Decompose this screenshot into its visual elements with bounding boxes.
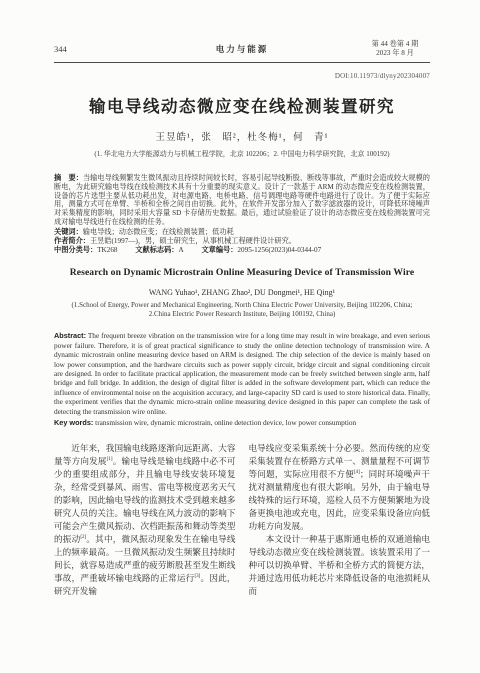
journal-name: 电力与能源 bbox=[124, 45, 360, 54]
issue-info: 第 44 卷第 4 期 2023 年 8 月 bbox=[360, 40, 430, 58]
body-paragraph: 电导线应变采集系统十分必要。然而传统的应变采集装置存在桥路方式单一、测量量程不可… bbox=[249, 442, 431, 533]
body-paragraph: 近年来，我国输电线路逐渐向远距离、大容量等方向发展[1]。输电导线是输电线路中必… bbox=[54, 442, 236, 598]
header-divider bbox=[54, 62, 430, 63]
keywords-label-en: Key words: bbox=[54, 418, 93, 427]
keywords-label-cn: 关键词： bbox=[54, 227, 83, 236]
page-number: 344 bbox=[54, 45, 124, 54]
doi-line: DOI:10.11973/dlyny202304007 bbox=[54, 72, 430, 80]
paper-title-cn: 输电导线动态微应变在线检测装置研究 bbox=[54, 93, 430, 117]
document-code-value: A bbox=[178, 246, 183, 254]
affiliation-en-line2: 2.China Electric Power Research Institut… bbox=[149, 310, 336, 318]
abstract-en: Abstract: The frequent breeze vibration … bbox=[54, 331, 430, 416]
issue-date: 2023 年 8 月 bbox=[376, 49, 414, 57]
affiliation-en: (1.School of Energy, Power and Mechanica… bbox=[54, 301, 430, 319]
clc-number: 中图分类号：TK268 bbox=[54, 246, 118, 254]
abstract-text-cn: 当输电导线频繁发生微风振动且持续时间较长时，容易引起导线断股、断线等事故，严重时… bbox=[54, 174, 430, 226]
keywords-text-en: transmission wire, dynamic microstrain, … bbox=[95, 418, 356, 427]
abstract-cn: 摘 要：当输电导线频繁发生微风振动且持续时间较长时，容易引起导线断股、断线等事故… bbox=[54, 174, 430, 227]
journal-header: 344 电力与能源 第 44 卷第 4 期 2023 年 8 月 bbox=[54, 40, 430, 58]
article-id-value: 2095-1256(2023)04-0344-07 bbox=[237, 246, 321, 254]
abstract-label-cn: 摘 要： bbox=[54, 173, 83, 182]
document-code: 文献标志码：A bbox=[135, 246, 183, 254]
keywords-cn: 关键词：输电导线；动态微应变；在线检测装置；低功耗 bbox=[54, 228, 430, 236]
keywords-en: Key words: transmission wire, dynamic mi… bbox=[54, 418, 430, 427]
abstract-label-en: Abstract: bbox=[54, 331, 86, 340]
issue-volume: 第 44 卷第 4 期 bbox=[372, 40, 419, 48]
affiliation-en-line1: (1.School of Energy, Power and Mechanica… bbox=[72, 301, 413, 309]
document-code-label: 文献标志码： bbox=[135, 245, 178, 254]
body-column-right: 电导线应变采集系统十分必要。然而传统的应变采集装置存在桥路方式单一、测量量程不可… bbox=[249, 442, 431, 598]
author-bio-label: 作者简介： bbox=[54, 236, 90, 245]
paper-title-en: Research on Dynamic Microstrain Online M… bbox=[54, 267, 430, 278]
authors-en: WANG Yuhao¹, ZHANG Zhao², DU Dongmei¹, H… bbox=[54, 288, 430, 297]
abstract-text-en: The frequent breeze vibration on the tra… bbox=[54, 331, 430, 415]
article-id: 文章编号：2095-1256(2023)04-0344-07 bbox=[201, 246, 321, 254]
body-columns: 近年来，我国输电线路逐渐向远距离、大容量等方向发展[1]。输电导线是输电线路中必… bbox=[54, 442, 430, 598]
author-bio-text: 王昱皓(1997—)，男，硕士研究生，从事机械工程硬件设计研究。 bbox=[90, 237, 296, 245]
keywords-text-cn: 输电导线；动态微应变；在线检测装置；低功耗 bbox=[83, 228, 234, 236]
affiliation-cn: (1. 华北电力大学能源动力与机械工程学院，北京 102206；2. 中国电力科… bbox=[54, 149, 430, 159]
classification-line: 中图分类号：TK268 文献标志码：A 文章编号：2095-1256(2023)… bbox=[54, 246, 430, 254]
body-paragraph: 本文设计一种基于惠斯通电桥的双通道输电导线动态微应变在线检测装置。该装置采用了一… bbox=[249, 533, 431, 598]
body-text: 。输电导线是输电线路中必不可少的重要组成部分，并且输电导线安装环境复杂，经常受到… bbox=[54, 456, 236, 544]
scanned-paper-page: 344 电力与能源 第 44 卷第 4 期 2023 年 8 月 DOI:10.… bbox=[0, 0, 480, 673]
authors-cn: 王昱皓¹，张 昭²，杜冬梅¹，何 青¹ bbox=[54, 129, 430, 143]
body-column-left: 近年来，我国输电线路逐渐向远距离、大容量等方向发展[1]。输电导线是输电线路中必… bbox=[54, 442, 236, 598]
author-bio: 作者简介：王昱皓(1997—)，男，硕士研究生，从事机械工程硬件设计研究。 bbox=[54, 237, 430, 245]
clc-value: TK268 bbox=[97, 246, 117, 254]
clc-label: 中图分类号： bbox=[54, 245, 97, 254]
article-id-label: 文章编号： bbox=[201, 245, 237, 254]
